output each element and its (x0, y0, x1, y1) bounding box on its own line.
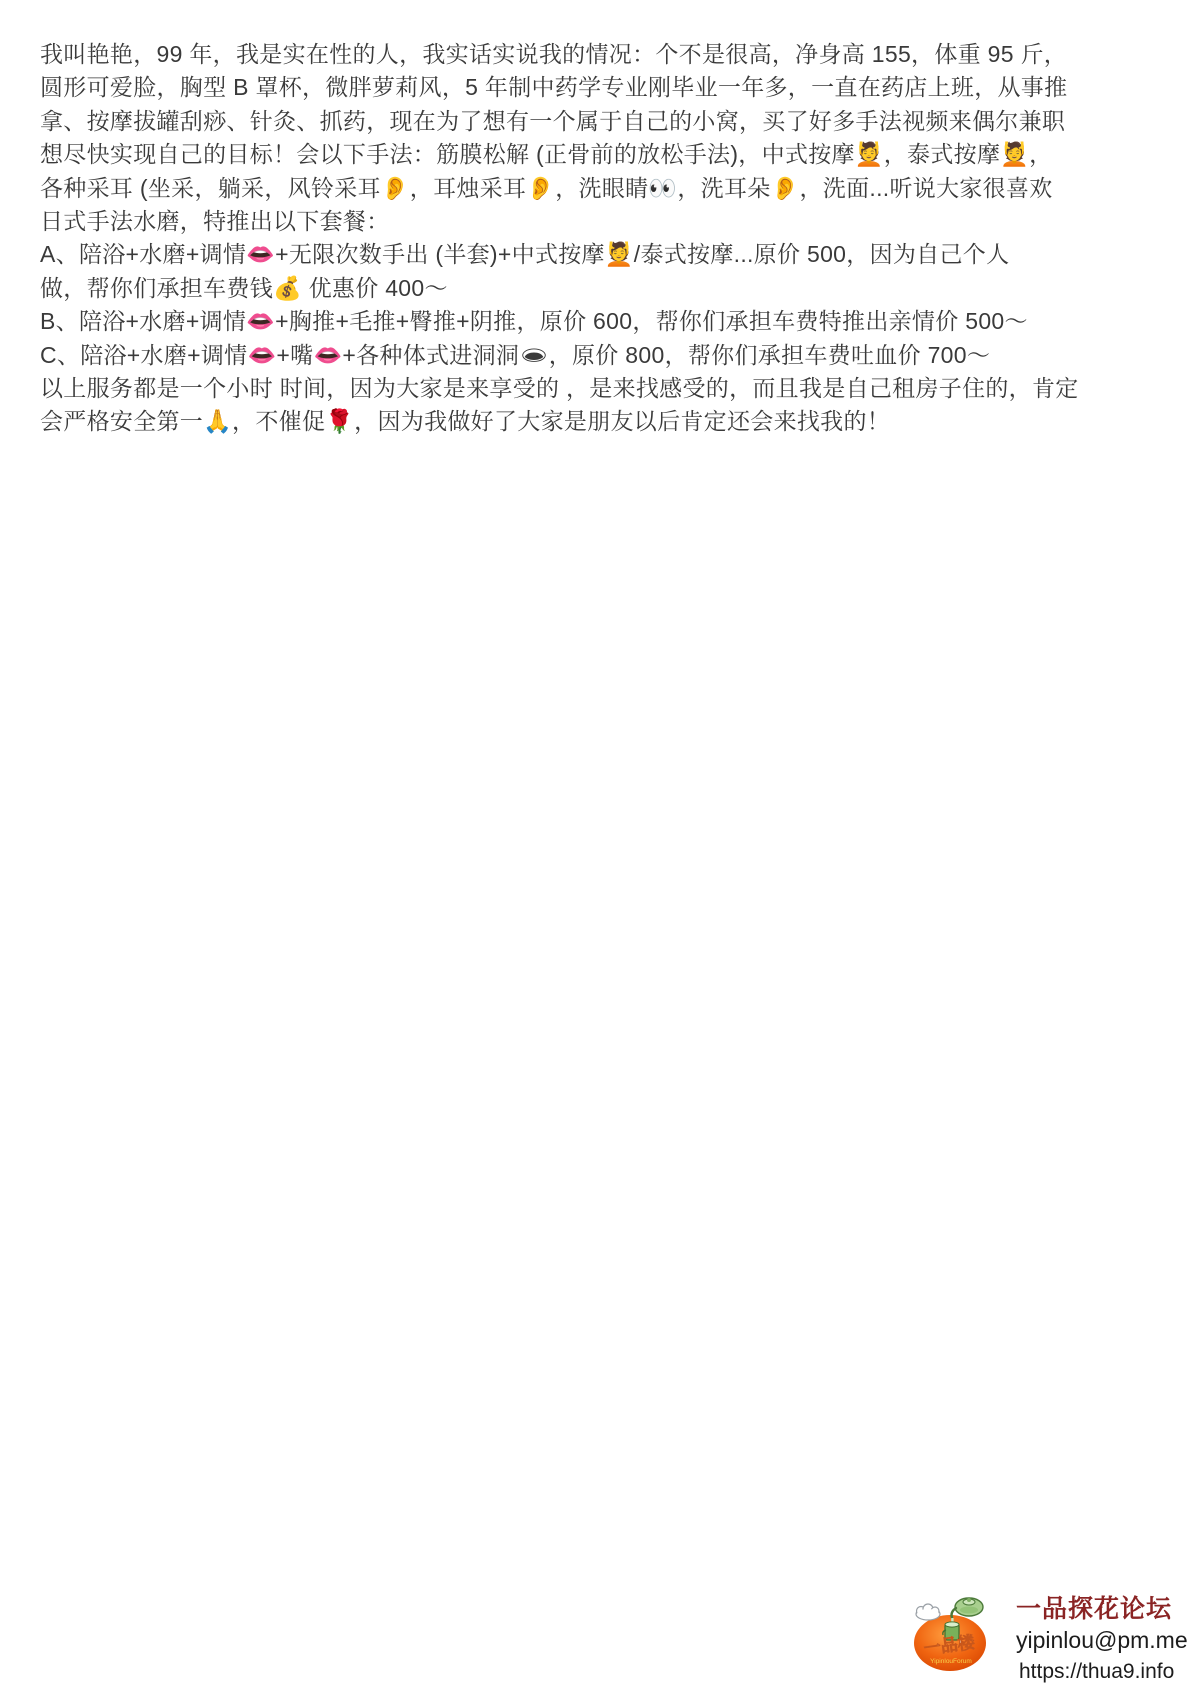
cloud-icon (916, 1604, 940, 1620)
yipinlou-logo: 一品楼 YipinlouForum (912, 1594, 990, 1674)
page: { "page": { "background_color": "#ffffff… (0, 0, 1190, 1683)
logo-subtext: YipinlouForum (930, 1658, 972, 1665)
brand-url: https://thua9.info (1016, 1660, 1188, 1683)
document-body: 我叫艳艳，99 年，我是实在性的人，我实话实说我的情况：个不是很高，净身高 15… (40, 38, 1160, 439)
teapot-icon (952, 1598, 984, 1618)
watermark-footer: 一品楼 YipinlouForum 一品探花论坛 yipinlou@pm.me … (912, 1594, 1188, 1683)
body-text-line: C、陪浴+水磨+调情👄+嘴👄+各种体式进洞洞🕳，原价 800，帮你们承担车费吐血… (40, 339, 1160, 372)
body-text-line: 日式手法水磨，特推出以下套餐： (40, 205, 1160, 238)
body-text-line: 以上服务都是一个小时 时间，因为大家是来享受的 ，是来找感受的，而且我是自己租房… (40, 372, 1160, 405)
body-text-line: A、陪浴+水磨+调情👄+无限次数手出 (半套)+中式按摩💆/泰式按摩...原价 … (40, 238, 1160, 271)
body-text-line: 想尽快实现自己的目标！会以下手法：筋膜松解 (正骨前的放松手法)，中式按摩💆，泰… (40, 138, 1160, 171)
body-text-line: 拿、按摩拔罐刮痧、针灸、抓药，现在为了想有一个属于自己的小窝，买了好多手法视频来… (40, 105, 1160, 138)
body-text-line: B、陪浴+水磨+调情👄+胸推+毛推+臀推+阴推，原价 600，帮你们承担车费特推… (40, 305, 1160, 338)
body-text-line: 我叫艳艳，99 年，我是实在性的人，我实话实说我的情况：个不是很高，净身高 15… (40, 38, 1160, 71)
watermark-text: 一品探花论坛 yipinlou@pm.me https://thua9.info (1016, 1594, 1188, 1683)
brand-title: 一品探花论坛 (1016, 1596, 1188, 1624)
body-text-line: 各种采耳 (坐采，躺采，风铃采耳👂，耳烛采耳👂，洗眼睛👀，洗耳朵👂，洗面...听… (40, 172, 1160, 205)
body-text-line: 圆形可爱脸，胸型 B 罩杯，微胖萝莉风，5 年制中药学专业刚毕业一年多，一直在药… (40, 71, 1160, 104)
brand-email: yipinlou@pm.me (1016, 1628, 1188, 1653)
body-text-line: 做，帮你们承担车费钱💰 优惠价 400～ (40, 272, 1160, 305)
body-text-lines: 我叫艳艳，99 年，我是实在性的人，我实话实说我的情况：个不是很高，净身高 15… (40, 38, 1160, 439)
body-text-line: 会严格安全第一🙏，不催促🌹，因为我做好了大家是朋友以后肯定还会来找我的！ (40, 405, 1160, 438)
